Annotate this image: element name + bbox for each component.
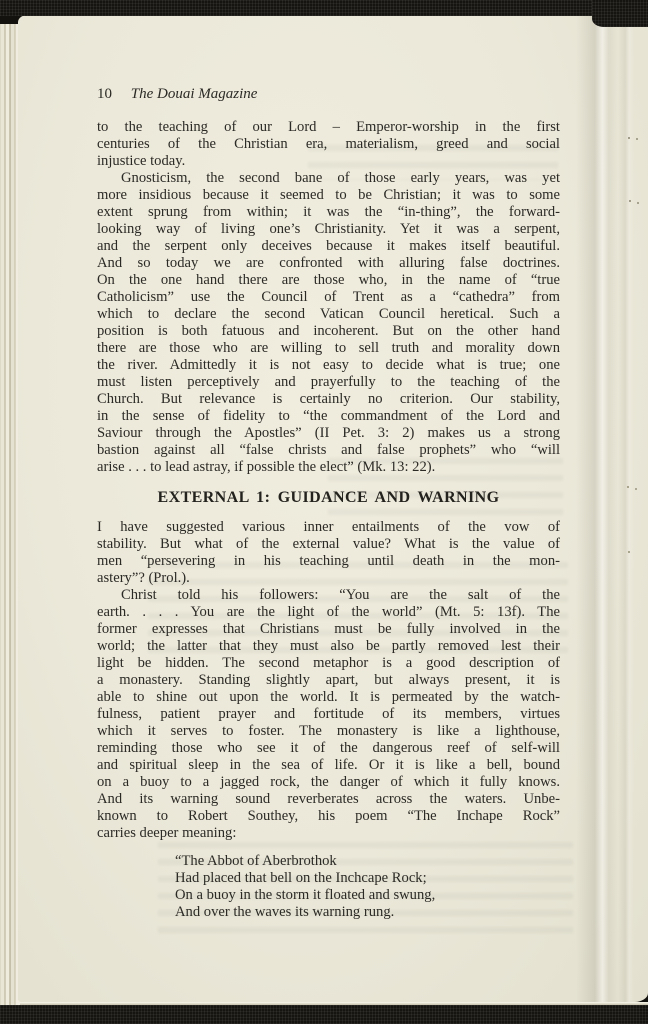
text-line: centuries of the Christian era, material… bbox=[97, 136, 560, 153]
text-line: men “persevering in his teaching until d… bbox=[97, 553, 560, 570]
text-line: astery”? (Prol.). bbox=[97, 570, 560, 587]
page-header: 10 The Douai Magazine bbox=[97, 85, 560, 103]
text-line: Church. But relevance is certainly no cr… bbox=[97, 391, 560, 408]
poem-line: “The Abbot of Aberbrothok bbox=[175, 853, 560, 870]
body-text-after-heading: I have suggested various inner entailmen… bbox=[97, 519, 560, 842]
text-column: 10 The Douai Magazine to the teaching of… bbox=[97, 85, 560, 921]
scanned-book-page: 10 The Douai Magazine to the teaching of… bbox=[0, 0, 648, 1024]
text-line: more insidious because it seemed to be C… bbox=[97, 187, 560, 204]
text-line: and the serpent only deceives because it… bbox=[97, 238, 560, 255]
text-line: fulness, patient prayer and fortitude of… bbox=[97, 706, 560, 723]
text-line: injustice today. bbox=[97, 153, 560, 170]
text-line: stability. But what of the external valu… bbox=[97, 536, 560, 553]
paragraph: Christ told his followers: “You are the … bbox=[97, 587, 560, 842]
text-line: Catholicism” use the Council of Trent as… bbox=[97, 289, 560, 306]
text-line: able to shine out upon the world. It is … bbox=[97, 689, 560, 706]
paragraph: to the teaching of our Lord – Emperor-wo… bbox=[97, 119, 560, 170]
text-line: And so today we are confronted with allu… bbox=[97, 255, 560, 272]
running-title: The Douai Magazine bbox=[131, 85, 258, 103]
text-line: Saviour through the Apostles” (II Pet. 3… bbox=[97, 425, 560, 442]
text-line: known to Robert Southey, his poem “The I… bbox=[97, 808, 560, 825]
text-line: in the sense of fidelity to “the command… bbox=[97, 408, 560, 425]
gutter-shadow bbox=[576, 15, 618, 1002]
text-line: extent sprung from within; it was the “i… bbox=[97, 204, 560, 221]
text-line: a monastery. Standing slightly apart, bu… bbox=[97, 672, 560, 689]
paragraph: Gnosticism, the second bane of those ear… bbox=[97, 170, 560, 476]
text-line: which to declare the second Vatican Coun… bbox=[97, 306, 560, 323]
page: 10 The Douai Magazine to the teaching of… bbox=[18, 15, 648, 1002]
text-line: Christ told his followers: “You are the … bbox=[97, 587, 560, 604]
book-cover-top-edge bbox=[0, 0, 648, 16]
text-line: the river. Admittedly it is not easy to … bbox=[97, 357, 560, 374]
text-line: to the teaching of our Lord – Emperor-wo… bbox=[97, 119, 560, 136]
text-line: looking way of living one’s Christianity… bbox=[97, 221, 560, 238]
text-line: and spiritual sleep in the sea of life. … bbox=[97, 757, 560, 774]
text-line: And its warning sound reverberates acros… bbox=[97, 791, 560, 808]
gutter-fold-line bbox=[618, 15, 634, 1002]
book-cover-top-right-corner bbox=[592, 0, 648, 27]
text-line: carries deeper meaning: bbox=[97, 825, 560, 842]
text-line: on a buoy to a jagged rock, the danger o… bbox=[97, 774, 560, 791]
text-line: former expresses that Christians must be… bbox=[97, 621, 560, 638]
poem-block: “The Abbot of AberbrothokHad placed that… bbox=[97, 853, 560, 921]
text-line: light be hidden. The second metaphor is … bbox=[97, 655, 560, 672]
binding-stitch-dots bbox=[628, 137, 630, 139]
text-line: must listen perceptively and prayerfully… bbox=[97, 374, 560, 391]
text-line: earth. . . . You are the light of the wo… bbox=[97, 604, 560, 621]
text-line: there are those who are willing to sell … bbox=[97, 340, 560, 357]
page-number: 10 bbox=[97, 85, 112, 103]
text-line: reminding those who see it of the danger… bbox=[97, 740, 560, 757]
text-line: bastion against all “false christs and f… bbox=[97, 442, 560, 459]
text-line: On the one hand there are those who, in … bbox=[97, 272, 560, 289]
section-heading: EXTERNAL 1: GUIDANCE AND WARNING bbox=[97, 489, 560, 507]
text-line: Gnosticism, the second bane of those ear… bbox=[97, 170, 560, 187]
text-line: arise . . . to lead astray, if possible … bbox=[97, 459, 560, 476]
paragraph: I have suggested various inner entailmen… bbox=[97, 519, 560, 587]
text-line: which it serves to foster. The monastery… bbox=[97, 723, 560, 740]
text-line: world; the latter that they must also be… bbox=[97, 638, 560, 655]
text-line: I have suggested various inner entailmen… bbox=[97, 519, 560, 536]
book-cover-bottom-edge bbox=[0, 1005, 648, 1024]
text-line: position is both fatuous and incoherent.… bbox=[97, 323, 560, 340]
poem-line: On a buoy in the storm it floated and sw… bbox=[175, 887, 560, 904]
body-text-before-heading: to the teaching of our Lord – Emperor-wo… bbox=[97, 119, 560, 476]
poem-line: Had placed that bell on the Inchcape Roc… bbox=[175, 870, 560, 887]
poem-line: And over the waves its warning rung. bbox=[175, 904, 560, 921]
